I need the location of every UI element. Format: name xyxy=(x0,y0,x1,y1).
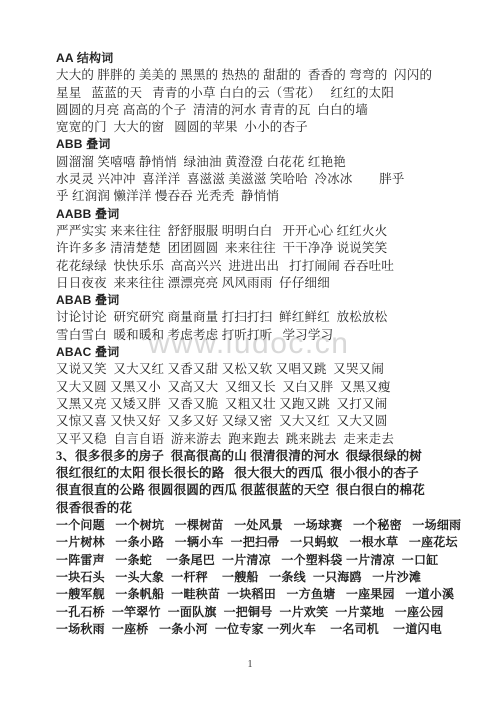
section-heading-aa: AA 结构词 xyxy=(56,50,486,67)
text-line: 一个问题 一个树坑 一棵树苗 一处风景 一场球赛 一个秘密 一场细雨 xyxy=(56,517,486,534)
text-line: 又说又笑 又大又红 又香又甜 又松又软 又唱又跳 又哭又闹 xyxy=(56,361,486,378)
text-line: 许许多多 清清楚楚 团团圆圆 来来往往 干干净净 说说笑笑 xyxy=(56,240,486,257)
text-line: 又平又稳 自言自语 游来游去 跑来跑去 跳来跳去 走来走去 xyxy=(56,431,486,448)
text-line: 讨论讨论 研究研究 商量商量 打扫打扫 鲜红鲜红 放松放松 xyxy=(56,309,486,326)
text-line: 一艘军舰 一条帆船 一畦秧苗 一块稻田 一方鱼塘 一座果园 一道小溪 xyxy=(56,586,486,603)
section-heading-abac: ABAC 叠词 xyxy=(56,344,486,361)
text-line: 严严实实 来来往往 舒舒服服 明明白白 开开心心 红红火火 xyxy=(56,223,486,240)
text-line: 又惊又喜 又快又好 又多又好 又绿又密 又大又红 又大又圆 xyxy=(56,413,486,430)
text-line: 一阵雷声 一条蛇 一条尾巴 一片清凉 一个塑料袋 一片清凉 一口缸 xyxy=(56,552,486,569)
text-line: 星星 蓝蓝的天 青青的小草 白白的云（雪花） 红红的太阳 xyxy=(56,85,486,102)
text-line: 圆圆的月亮 高高的个子 清清的河水 青青的瓦 白白的墙 xyxy=(56,102,486,119)
text-line: 3、很多很多的房子 很高很高的山 很清很清的河水 很绿很绿的树 xyxy=(56,448,486,465)
text-line: 宽宽的门 大大的窗 圆圆的苹果 小小的杏子 xyxy=(56,119,486,136)
text-line: 水灵灵 兴冲冲 喜洋洋 喜滋滋 美滋滋 笑哈哈 冷冰冰 胖乎 xyxy=(56,171,486,188)
text-line: 大大的 胖胖的 美美的 黑黑的 热热的 甜甜的 香香的 弯弯的 闪闪的 xyxy=(56,67,486,84)
text-line: 一孔石桥 一竿翠竹 一面队旗 一把铜号 一片欢笑 一片菜地 一座公园 xyxy=(56,604,486,621)
text-line: 雪白雪白 暖和暖和 考虑考虑 打听打听 学习学习 xyxy=(56,327,486,344)
page-number: 1 xyxy=(0,659,500,670)
text-line: 又大又圆 又黑又小 又高又大 又细又长 又白又胖 又黑又瘦 xyxy=(56,379,486,396)
document-page: www.iudoc.cn AA 结构词 大大的 胖胖的 美美的 黑黑的 热热的 … xyxy=(0,0,500,708)
section-heading-abab: ABAB 叠词 xyxy=(56,292,486,309)
text-line: 乎 红润润 懒洋洋 慢吞吞 光秃秃 静悄悄 xyxy=(56,188,486,205)
text-line: 圆溜溜 笑嘻嘻 静悄悄 绿油油 黄澄澄 白花花 红艳艳 xyxy=(56,154,486,171)
text-line: 一块石头 一头大象 一杆秤 一艘船 一条线 一只海鸥 一片沙滩 xyxy=(56,569,486,586)
text-line: 很香很香的花 xyxy=(56,500,486,517)
section-heading-aabb: AABB 叠词 xyxy=(56,206,486,223)
text-line: 很直很直的公路 很圆很圆的西瓜 很蓝很蓝的天空 很白很白的棉花 xyxy=(56,482,486,499)
section-heading-abb: ABB 叠词 xyxy=(56,136,486,153)
text-line: 日日夜夜 来来往往 漂漂亮亮 风风雨雨 仔仔细细 xyxy=(56,275,486,292)
text-line: 很红很红的太阳 很长很长的路 很大很大的西瓜 很小很小的杏子 xyxy=(56,465,486,482)
document-content: AA 结构词 大大的 胖胖的 美美的 黑黑的 热热的 甜甜的 香香的 弯弯的 闪… xyxy=(56,50,486,638)
text-line: 又黑又亮 又矮又胖 又香又脆 又粗又壮 又跑又跳 又打又闹 xyxy=(56,396,486,413)
text-line: 一片树林 一条小路 一辆小车 一把扫帚 一只蚂蚁 一根水草 一座花坛 xyxy=(56,534,486,551)
text-line: 花花绿绿 快快乐乐 高高兴兴 进进出出 打打闹闹 吞吞吐吐 xyxy=(56,258,486,275)
text-line: 一场秋雨 一座桥 一条小河 一位专家 一列火车 一名司机 一道闪电 xyxy=(56,621,486,638)
